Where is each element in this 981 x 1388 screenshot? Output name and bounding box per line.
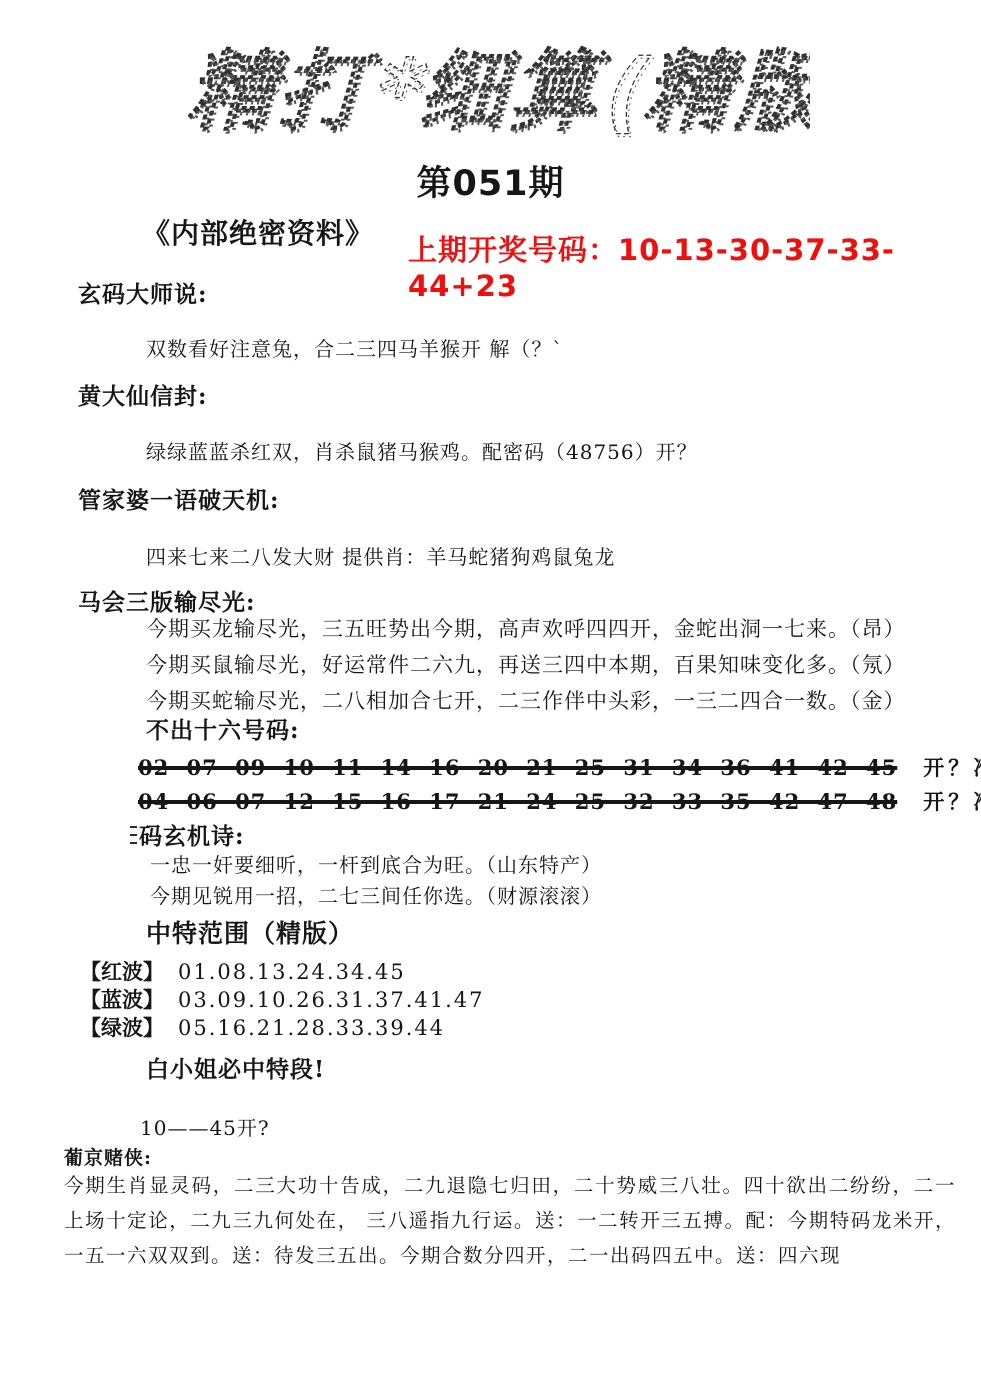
section-heading-guanjiapo: 管家婆一语破天机: <box>78 482 280 515</box>
wave-label-red: 【红波】 <box>80 959 164 984</box>
wave-numbers: 01.08.13.24.34.45 <box>178 960 406 984</box>
document-page: 精打*细算(精版) 精打*细算(精版) 第051期 《内部绝密资料》 上期开奖号… <box>0 0 981 1388</box>
section-line: 10——45开? <box>140 1112 270 1141</box>
issue-number: 第051期 <box>0 156 981 206</box>
section-heading-sixteen: 不出十六号码: <box>146 712 300 745</box>
pujing-paragraph: 今期生肖显灵码，二三大功十告成，二九退隐七归田，二十势威三八壮。四十欲出二纷纷，… <box>64 1168 956 1273</box>
wave-row: 【蓝波】03.09.10.26.31.37.41.47 <box>80 984 485 1014</box>
logo-sketch: 精打*细算(精版) 精打*细算(精版) <box>150 18 810 163</box>
wave-label-blue: 【蓝波】 <box>80 987 164 1012</box>
wave-numbers: 03.09.10.26.31.37.41.47 <box>178 988 485 1012</box>
struck-numbers: 02 07 09 10 11 14 16 20 21 25 31 34 36 4… <box>138 755 897 780</box>
logo-title-echo: 精打*细算(精版) <box>182 45 810 147</box>
section-line: 绿绿蓝蓝杀红双，肖杀鼠猪马猴鸡。配密码（48756）开？ <box>146 436 698 465</box>
wave-label-green: 【绿波】 <box>80 1015 164 1040</box>
excluded-numbers-row: 02 07 09 10 11 14 16 20 21 25 31 34 36 4… <box>138 752 981 782</box>
section-heading-baixiaojie: 白小姐必中特段! <box>146 1051 325 1084</box>
section-heading-poem: 码玄机诗: <box>130 818 245 851</box>
section-line: 今期买蛇输尽光，二八相加合七开，二三作伴中头彩，一三二四合一数。（金） <box>146 685 906 715</box>
wave-row: 【绿波】05.16.21.28.33.39.44 <box>80 1012 445 1042</box>
section-line: 双数看好注意兔，合二三四马羊猴开 解（？` <box>146 333 563 362</box>
row-suffix: 开？准 <box>923 755 981 780</box>
struck-numbers: 04 06 07 12 15 16 17 21 24 25 32 33 35 4… <box>138 789 897 814</box>
poem-heading-text: 码玄机诗: <box>139 823 245 850</box>
wave-row: 【红波】01.08.13.24.34.45 <box>80 956 406 986</box>
section-line: 今期买鼠输尽光，好运常件二六九，再送三四中本期，百果知味变化多。（氖） <box>146 649 906 679</box>
section-line: 一忠一奸要细听，一杆到底合为旺。（山东特产） <box>150 849 602 878</box>
section-heading-xuanma: 玄码大师说: <box>78 276 208 309</box>
excluded-numbers-row: 04 06 07 12 15 16 17 21 24 25 32 33 35 4… <box>138 786 981 816</box>
section-line: 今期买龙输尽光，三五旺势出今期，高声欢呼四四开，金蛇出洞一七来。（昂） <box>146 613 906 643</box>
wave-numbers: 05.16.21.28.33.39.44 <box>178 1016 445 1040</box>
section-line: 今期见锐用一招，二七三间任你选。（财源滚滚） <box>150 880 602 909</box>
last-draw-result: 上期开奖号码：10-13-30-37-33-44+23 <box>408 228 981 303</box>
clipped-char-fragment <box>130 826 137 846</box>
section-heading-range: 中特范围（精版） <box>146 914 354 950</box>
section-heading-pujing: 葡京赌侠: <box>64 1143 152 1170</box>
section-heading-huangdaxian: 黄大仙信封: <box>78 378 208 411</box>
secret-subtitle: 《内部绝密资料》 <box>142 212 374 252</box>
section-line: 四来七来二八发大财 提供肖：羊马蛇猪狗鸡鼠兔龙 <box>146 541 615 570</box>
row-suffix: 开？准 <box>923 789 981 814</box>
